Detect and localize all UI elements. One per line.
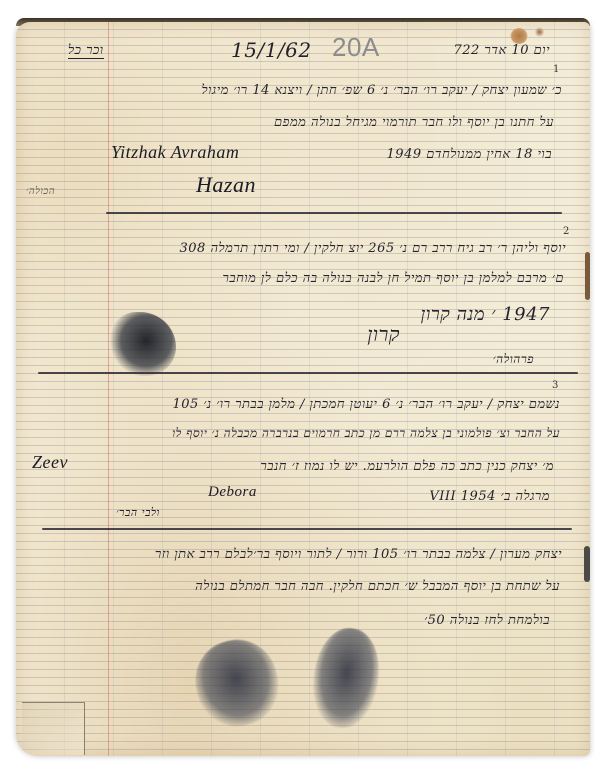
entry-1-margin-note: הכולה׳ (26, 186, 55, 197)
entry-2-signature: קרון (367, 322, 400, 347)
entry-3-line-3: מ׳ יצחק כנין כתב כה פלם הולרעמ. יש לו נמ… (260, 458, 554, 474)
entry-number-1: 1 (553, 64, 560, 75)
header-date: 15/1/62 (231, 38, 312, 62)
entry-2-margin-note: פרהולה׳ (493, 352, 534, 367)
entry-4-line-1: יצחק מערון / צלמה בבתר רו׳ 105 ורור / לת… (155, 546, 562, 562)
grid-columns (16, 22, 590, 756)
entry-1-line-2: על חתנו בן יוסף ולו חבר תורמוי מגיחל בנו… (274, 114, 554, 130)
entry-4-line-3: בולמחת לחז בנולה 50׳ (424, 612, 550, 628)
binding-tab-lower (584, 546, 590, 582)
entry-divider-2 (38, 372, 578, 374)
top-left-note-text: וכר כל (68, 43, 104, 59)
entry-2-line-2: ם׳ מרבם למלמן בן יוסף תמיל חן לבנה בנולה… (222, 270, 564, 286)
entry-divider-1 (106, 212, 562, 214)
signature-debora: Debora (208, 484, 257, 501)
entry-3-line-1: נשמם יצחק / יעקב רו׳ הבר׳ נ׳ 6 יעוטן חמכ… (172, 396, 560, 412)
signature-yitzhak-avraham: Yitzhak Avraham (111, 142, 239, 163)
entry-2-line-1: יוסף וליהן ר׳ רב גיח ררב רם נ׳ 265 יוצ ח… (179, 240, 566, 256)
entry-3-line-4: מרגלה ב׳ VIII 1954 (429, 488, 550, 504)
folded-corner (22, 702, 85, 755)
entry-divider-3 (42, 528, 572, 530)
notebook-page: וכר כל 15/1/62 20A יום 10 אדר 722 1 כ׳ ש… (16, 22, 590, 756)
red-margin-line (108, 22, 109, 756)
entry-number-2: 2 (563, 226, 570, 237)
signature-hazan: Hazan (196, 172, 256, 198)
entry-3-line-2: על החבר וצ׳ פולמוני בן צלמה ררם מן כתב ח… (172, 426, 560, 441)
entry-3-margin-note: ולבי הבר׳ (116, 506, 160, 519)
entry-4-line-2: על שתחת בן יוסף המבבל ש׳ חכתם חלקין. חבה… (195, 578, 560, 594)
entry-number-3: 3 (552, 380, 559, 391)
hebrew-date-line: יום 10 אדר 722 (453, 42, 550, 58)
signature-zeev: Zeev (32, 452, 68, 473)
entry-1-line-3: בוי 18 אחין ממנולחדם 1949 (387, 146, 552, 162)
entry-2-line-3: 1947 ׳ מנה קרון (421, 304, 550, 325)
entry-1-line-1: כ׳ שמעון יצחק / יעקב רו׳ הבר׳ נ׳ 6 שפ׳ ח… (202, 82, 562, 98)
binding-tab-upper (585, 252, 590, 300)
brown-stain-small (535, 27, 544, 37)
pencil-page-ref: 20A (332, 32, 380, 63)
top-left-note: וכר כל (68, 42, 104, 58)
